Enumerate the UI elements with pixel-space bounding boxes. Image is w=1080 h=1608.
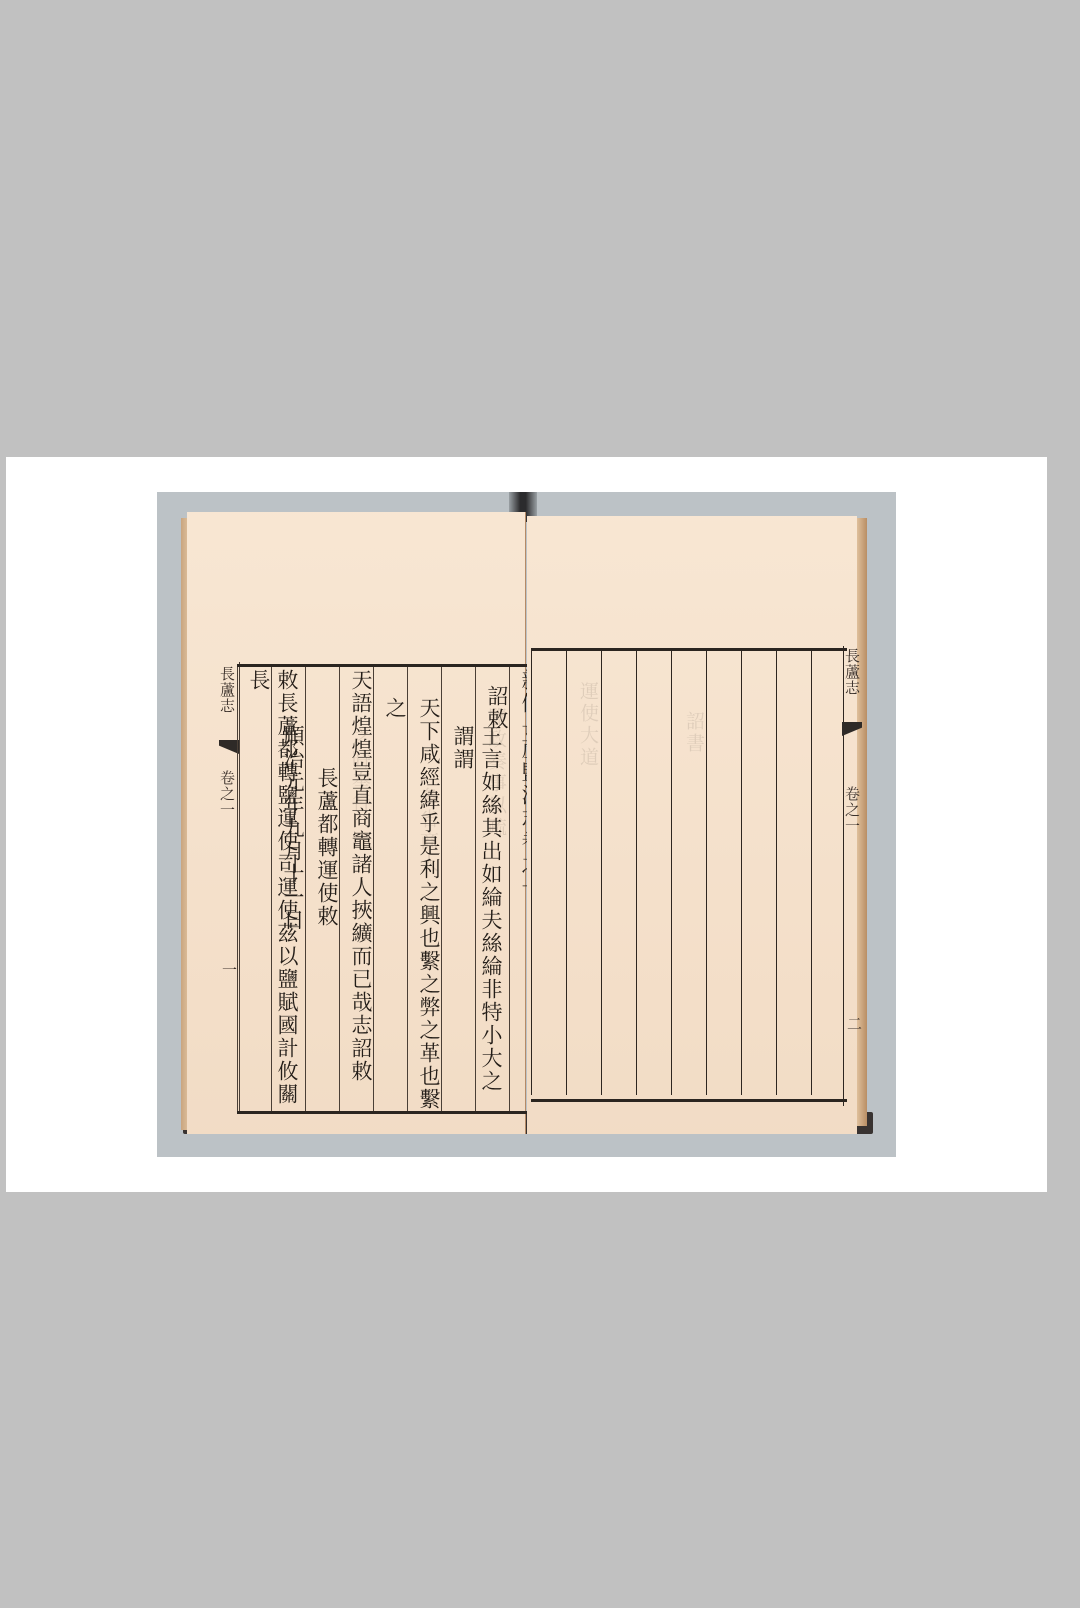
show-through-text: 詔書 <box>681 711 708 755</box>
text-column: 長蘆都轉運使敕 <box>313 767 341 928</box>
right-margin-column: 長蘆志 卷之一 二 <box>843 646 860 1106</box>
text-column: 王言如絲其出如綸夫絲綸非特小大之謂謂 <box>449 725 505 1111</box>
margin-volume: 卷之一 <box>217 770 238 818</box>
margin-page-number: 二 <box>844 1016 865 1032</box>
margin-title: 長蘆志 <box>217 666 238 714</box>
fish-tail-mark-icon <box>842 722 862 736</box>
fish-tail-mark-icon <box>219 740 239 754</box>
right-ruled-frame: 運使大道 詔書 <box>531 648 847 1102</box>
left-page: 長蘆志 卷之一 一 鹽政奏事以疏 各省商人 之時奉行 <box>187 512 526 1134</box>
text-column: 敕長蘆都轉鹽運使司運使茲以鹽賦國計攸關長 <box>245 669 301 1111</box>
image-card: 長蘆志 卷之一 一 鹽政奏事以疏 各省商人 之時奉行 <box>6 457 1047 1192</box>
book-photograph: 長蘆志 卷之一 一 鹽政奏事以疏 各省商人 之時奉行 <box>157 492 896 1157</box>
text-column: 之 <box>381 697 409 720</box>
margin-title: 長蘆志 <box>842 648 863 696</box>
text-column: 天下咸經緯乎是利之興也繫之弊之革也繫 <box>415 697 443 1111</box>
left-text-frame: 鹽政奏事以疏 各省商人 之時奉行 新修長蘆鹽法志卷之一 詔敕 王言如絲其出如綸夫… <box>237 664 551 1114</box>
margin-volume: 卷之一 <box>842 786 863 834</box>
right-page: 運使大道 詔書 長蘆志 卷之一 二 <box>527 516 857 1134</box>
text-column: 天語煌煌豈直商竈諸人挾纊而已哉志詔敕 <box>347 669 375 1083</box>
show-through-text: 運使大道 <box>575 681 602 769</box>
